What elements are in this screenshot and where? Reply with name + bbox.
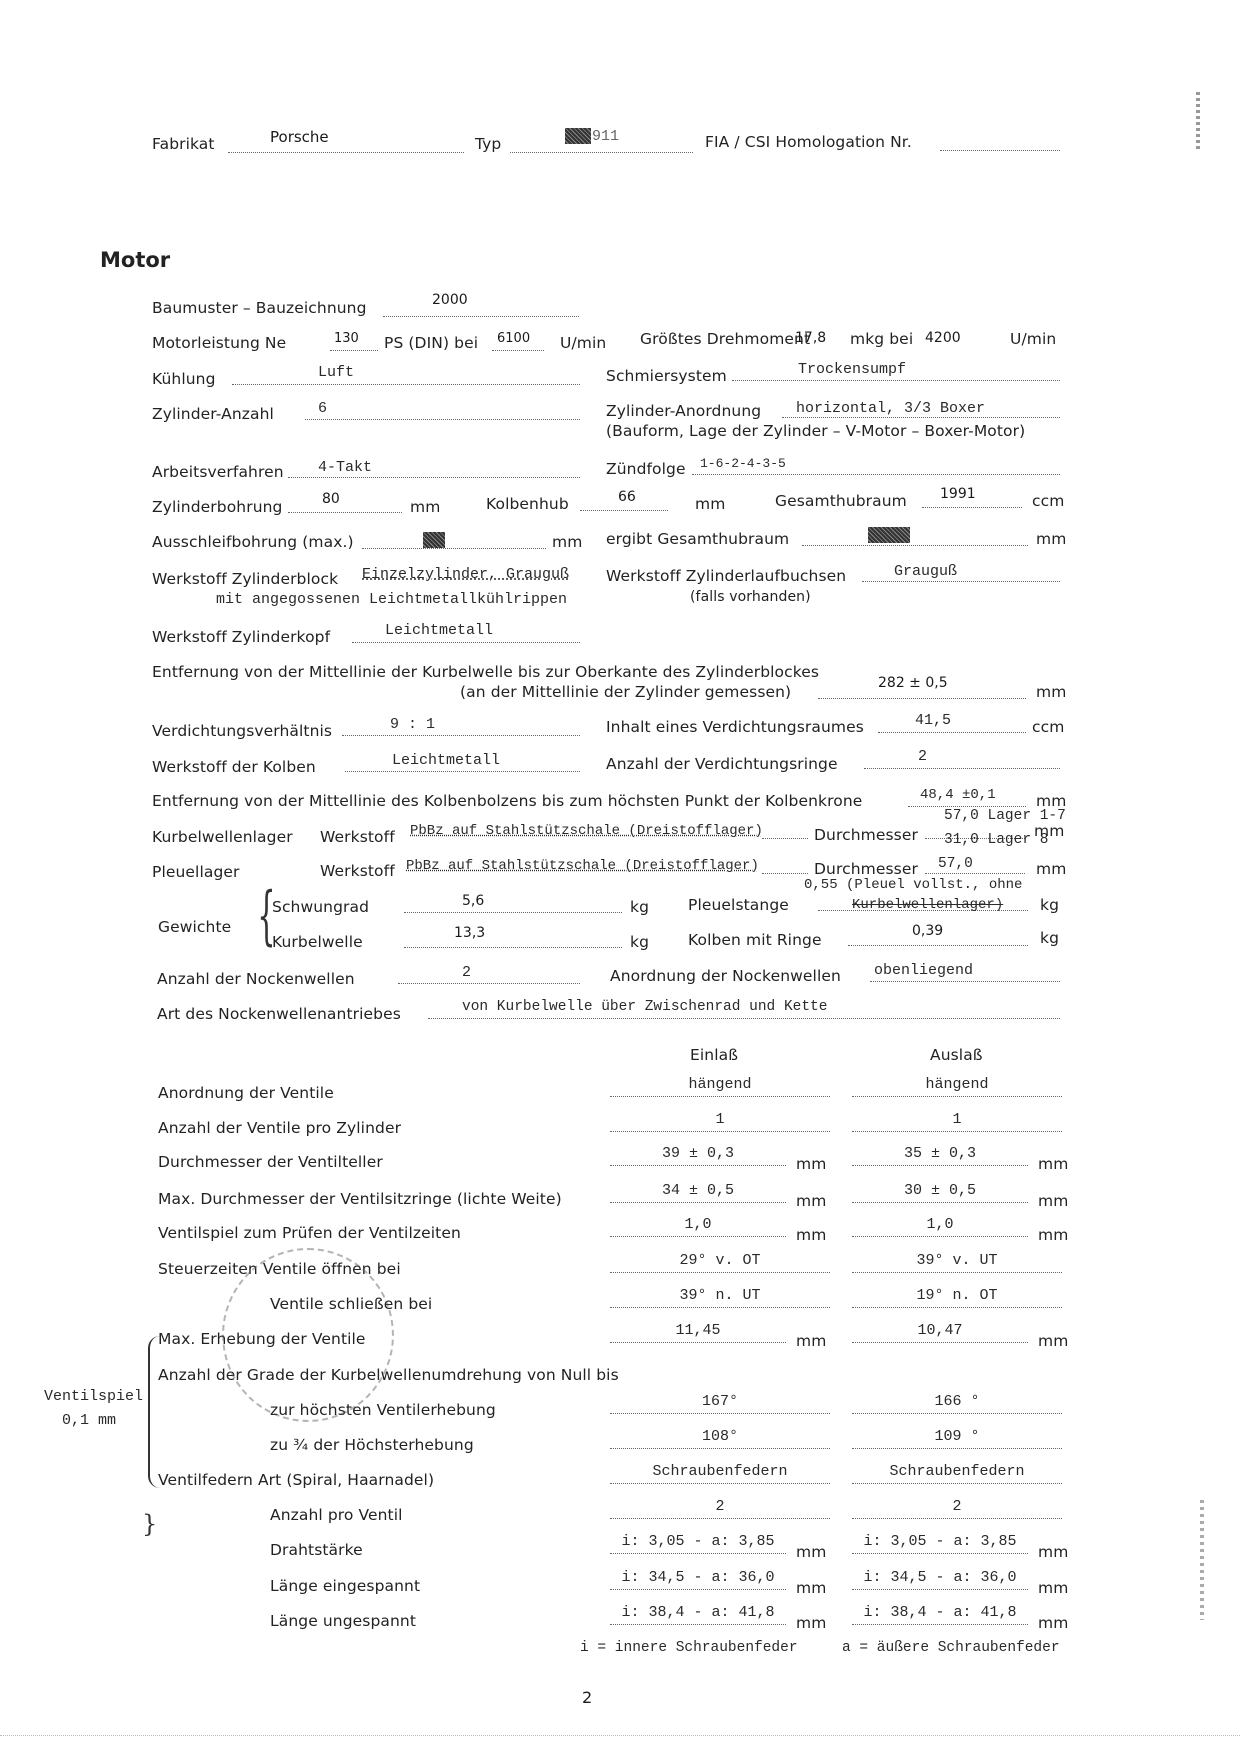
baumuster-value: 2000 bbox=[432, 292, 468, 308]
auslass-value: i: 34,5 - a: 36,0 bbox=[852, 1569, 1028, 1586]
scan-artifact bbox=[1196, 92, 1200, 152]
kuehlung-label: Kühlung bbox=[152, 370, 216, 388]
auslass-value: i: 38,4 - a: 41,8 bbox=[852, 1604, 1028, 1621]
gewichte-label: Gewichte bbox=[158, 918, 231, 936]
einlass-value: i: 3,05 - a: 3,85 bbox=[610, 1533, 786, 1550]
nockenwellen-anzahl-value: 2 bbox=[462, 964, 471, 981]
valve-row-label: Ventilfedern Art (Spiral, Haarnadel) bbox=[158, 1471, 434, 1489]
auslass-line bbox=[852, 1202, 1028, 1203]
auslass-value: 30 ± 0,5 bbox=[852, 1182, 1028, 1199]
homologation-line bbox=[940, 150, 1060, 151]
einlass-value: i: 38,4 - a: 41,8 bbox=[610, 1604, 786, 1621]
auslass-value: 109 ° bbox=[852, 1428, 1062, 1445]
auslass-line bbox=[852, 1483, 1062, 1484]
zylinder-anordnung-value: horizontal, 3/3 Boxer bbox=[796, 400, 985, 417]
werkstoff-laufbuchsen-value: Grauguß bbox=[894, 563, 957, 580]
mm-unit: mm bbox=[1036, 683, 1066, 701]
zylinderbohrung-label: Zylinderbohrung bbox=[152, 498, 282, 516]
scan-artifact bbox=[1200, 1500, 1204, 1620]
valve-row-label: Anzahl der Grade der Kurbelwellenumdrehu… bbox=[158, 1366, 619, 1384]
redaction-mark bbox=[423, 532, 445, 548]
ergibt-gesamthubraum-label: ergibt Gesamthubraum bbox=[606, 530, 789, 548]
footnote-inner-spring: i = innere Schraubenfeder bbox=[580, 1640, 798, 1656]
motorleistung-label: Motorleistung Ne bbox=[152, 334, 286, 352]
einlass-line bbox=[610, 1413, 830, 1414]
mm-unit: mm bbox=[1038, 1226, 1068, 1244]
typ-value: 911 bbox=[592, 128, 619, 145]
fabrikat-line bbox=[228, 152, 464, 153]
einlass-value: 11,45 bbox=[610, 1322, 786, 1339]
einlass-value: 2 bbox=[610, 1498, 830, 1515]
zylinder-anordnung-note: (Bauform, Lage der Zylinder – V-Motor – … bbox=[606, 422, 1025, 440]
werkstoff-kolben-label: Werkstoff der Kolben bbox=[152, 758, 316, 776]
einlass-line bbox=[610, 1518, 830, 1519]
valve-row-label: Anzahl der Ventile pro Zylinder bbox=[158, 1119, 401, 1137]
nockenwellen-antrieb-label: Art des Nockenwellenantriebes bbox=[157, 1005, 401, 1023]
werkstoff-zylinderblock-value2: mit angegossenen Leichtmetallkühlrippen bbox=[216, 591, 567, 608]
ergibt-gesamthubraum-line bbox=[802, 545, 1028, 546]
werkstoff-label: Werkstoff bbox=[320, 828, 395, 846]
einlass-value: 29° v. OT bbox=[610, 1252, 830, 1269]
einlass-line bbox=[610, 1096, 830, 1097]
mm-unit: mm bbox=[1038, 1543, 1068, 1561]
auslass-line bbox=[852, 1413, 1062, 1414]
verdichtungsringe-label: Anzahl der Verdichtungsringe bbox=[606, 755, 838, 773]
einlass-line bbox=[610, 1165, 786, 1166]
werkstoff-laufbuchsen-label: Werkstoff Zylinderlaufbuchsen bbox=[606, 567, 846, 585]
entfernung-kolbenbolzen-line bbox=[908, 806, 1026, 807]
entfernung-kurbelwelle-label2: (an der Mittellinie der Zylinder gemesse… bbox=[460, 683, 791, 701]
einlass-value: 39° n. UT bbox=[610, 1287, 830, 1304]
drehmoment-value: 17,8 bbox=[795, 330, 826, 346]
valve-row-label: Länge ungespannt bbox=[270, 1612, 416, 1630]
kolbenhub-label: Kolbenhub bbox=[486, 495, 569, 513]
einlass-line bbox=[610, 1624, 786, 1625]
werkstoff-kolben-value: Leichtmetall bbox=[392, 752, 500, 769]
pleuellager-durchmesser-line bbox=[925, 873, 1025, 874]
einlass-value: 167° bbox=[610, 1393, 830, 1410]
auslass-line bbox=[852, 1165, 1028, 1166]
ventilspiel-side-label: Ventilspiel bbox=[44, 1388, 143, 1405]
mm-unit: mm bbox=[796, 1579, 826, 1597]
verdichtungsverhaeltnis-line bbox=[342, 735, 580, 736]
auslass-value: 35 ± 0,3 bbox=[852, 1145, 1028, 1162]
pleuellager-durchmesser: 57,0 bbox=[938, 856, 973, 872]
schmiersystem-value: Trockensumpf bbox=[798, 361, 906, 378]
valve-row-label: Durchmesser der Ventilteller bbox=[158, 1153, 383, 1171]
werkstoff-zylinderkopf-label: Werkstoff Zylinderkopf bbox=[152, 628, 330, 646]
zylinderbohrung-value: 80 bbox=[322, 491, 340, 507]
verdichtungsringe-value: 2 bbox=[918, 748, 927, 765]
zylinder-anordnung-line bbox=[782, 417, 1060, 418]
auslass-line bbox=[852, 1342, 1028, 1343]
mm-unit: mm bbox=[1038, 1192, 1068, 1210]
valve-row-label: Anordnung der Ventile bbox=[158, 1084, 334, 1102]
motorleistung-rpm: 6100 bbox=[497, 331, 530, 346]
nockenwellen-antrieb-value: von Kurbelwelle über Zwischenrad und Ket… bbox=[462, 999, 827, 1015]
ventilspiel-side-value: 0,1 mm bbox=[62, 1412, 116, 1429]
kuehlung-value: Luft bbox=[318, 364, 354, 381]
nockenwellen-anordnung-line bbox=[870, 981, 1060, 982]
kurbelwelle-label: Kurbelwelle bbox=[272, 933, 363, 951]
kolbenhub-value: 66 bbox=[618, 489, 636, 505]
kurbelwellenlager-label: Kurbelwellenlager bbox=[152, 828, 293, 846]
einlass-value: 39 ± 0,3 bbox=[610, 1145, 786, 1162]
einlass-line bbox=[610, 1272, 830, 1273]
arbeitsverfahren-line bbox=[288, 477, 580, 478]
einlass-value: 34 ± 0,5 bbox=[610, 1182, 786, 1199]
mm-unit: mm bbox=[1038, 1155, 1068, 1173]
auslass-line bbox=[852, 1518, 1062, 1519]
arbeitsverfahren-value: 4-Takt bbox=[318, 459, 372, 476]
brace-icon: } bbox=[142, 1510, 157, 1538]
mm-unit: mm bbox=[1038, 1579, 1068, 1597]
mm-unit: mm bbox=[1038, 1332, 1068, 1350]
einlass-line bbox=[610, 1202, 786, 1203]
auslass-value: 166 ° bbox=[852, 1393, 1062, 1410]
pleuelstange-value-2: Kurbelwellenlager) bbox=[852, 897, 1003, 913]
section-title: Motor bbox=[100, 248, 170, 272]
valve-row-label: Anzahl pro Ventil bbox=[270, 1506, 403, 1524]
verdichtungsverhaeltnis-value: 9 : 1 bbox=[390, 716, 435, 733]
valve-row-label: zu ¾ der Höchsterhebung bbox=[270, 1436, 474, 1454]
einlass-value: 108° bbox=[610, 1428, 830, 1445]
auslass-line bbox=[852, 1624, 1028, 1625]
baumuster-label: Baumuster – Bauzeichnung bbox=[152, 299, 367, 317]
durchmesser-label: Durchmesser bbox=[814, 826, 918, 844]
pleuellager-label: Pleuellager bbox=[152, 863, 240, 881]
mm-unit: mm bbox=[796, 1155, 826, 1173]
umin-label: U/min bbox=[560, 334, 606, 352]
mm-unit: mm bbox=[1038, 1614, 1068, 1632]
auslass-line bbox=[852, 1553, 1028, 1554]
homologation-label: FIA / CSI Homologation Nr. bbox=[705, 133, 912, 151]
zuendfolge-label: Zündfolge bbox=[606, 460, 686, 478]
gesamthubraum-value: 1991 bbox=[940, 486, 976, 502]
werkstoff-kolben-line bbox=[345, 771, 580, 772]
drehmoment-label: Größtes Drehmoment bbox=[640, 330, 810, 348]
einlass-value: 1 bbox=[610, 1111, 830, 1128]
nockenwellen-anzahl-line bbox=[398, 983, 580, 984]
ps-din-label: PS (DIN) bei bbox=[384, 334, 478, 352]
werkstoff-label: Werkstoff bbox=[320, 862, 395, 880]
einlass-line bbox=[610, 1131, 830, 1132]
einlass-line bbox=[610, 1236, 786, 1237]
zylinderbohrung-line bbox=[288, 512, 402, 513]
pleuellager-line bbox=[762, 873, 808, 874]
verdichtungsraum-line bbox=[878, 732, 1026, 733]
fabrikat-label: Fabrikat bbox=[152, 135, 215, 153]
kolben-ringe-value: 0,39 bbox=[912, 923, 943, 939]
werkstoff-zylinderblock-label: Werkstoff Zylinderblock bbox=[152, 570, 338, 588]
mm-unit: mm bbox=[1036, 530, 1066, 548]
gesamthubraum-line bbox=[922, 507, 1022, 508]
rpm-line bbox=[492, 350, 544, 351]
zylinder-anzahl-label: Zylinder-Anzahl bbox=[152, 405, 274, 423]
einlass-value: 1,0 bbox=[610, 1216, 786, 1233]
mm-unit: mm bbox=[1034, 822, 1064, 840]
zuendfolge-line bbox=[692, 474, 1060, 475]
einlass-line bbox=[610, 1342, 786, 1343]
einlass-line bbox=[610, 1483, 830, 1484]
ausschleifbohrung-line bbox=[362, 548, 546, 549]
nockenwellen-anordnung-value: obenliegend bbox=[874, 962, 973, 979]
auslass-value: hängend bbox=[852, 1076, 1062, 1093]
arbeitsverfahren-label: Arbeitsverfahren bbox=[152, 463, 284, 481]
einlass-line bbox=[610, 1307, 830, 1308]
kurbelwellenlager-line bbox=[762, 838, 808, 839]
umin-label-2: U/min bbox=[1010, 330, 1056, 348]
einlass-line bbox=[610, 1448, 830, 1449]
mm-unit: mm bbox=[796, 1614, 826, 1632]
mm-unit: mm bbox=[796, 1226, 826, 1244]
kurbelwelle-line bbox=[404, 947, 622, 948]
auslass-line bbox=[852, 1448, 1062, 1449]
auslass-value: 10,47 bbox=[852, 1322, 1028, 1339]
auslass-line bbox=[852, 1131, 1062, 1132]
typ-label: Typ bbox=[475, 135, 501, 153]
mm-unit: mm bbox=[796, 1543, 826, 1561]
zylinder-anzahl-line bbox=[305, 419, 580, 420]
typ-line bbox=[510, 152, 693, 153]
mm-unit: mm bbox=[695, 495, 725, 513]
kg-unit: kg bbox=[1040, 896, 1059, 914]
auslass-value: Schraubenfedern bbox=[852, 1463, 1062, 1480]
auslass-value: 1,0 bbox=[852, 1216, 1028, 1233]
kolbenhub-line bbox=[580, 510, 668, 511]
auslass-value: 19° n. OT bbox=[852, 1287, 1062, 1304]
durchmesser-label: Durchmesser bbox=[814, 860, 918, 878]
mm-unit: mm bbox=[552, 533, 582, 551]
kg-unit: kg bbox=[1040, 929, 1059, 947]
valve-row-label: Länge eingespannt bbox=[270, 1577, 420, 1595]
footnote-outer-spring: a = äußere Schraubenfeder bbox=[842, 1640, 1060, 1656]
drehmoment-rpm: 4200 bbox=[925, 330, 961, 346]
einlass-value: i: 34,5 - a: 36,0 bbox=[610, 1569, 786, 1586]
auslass-line bbox=[852, 1236, 1028, 1237]
einlass-line bbox=[610, 1589, 786, 1590]
verdichtungsverhaeltnis-label: Verdichtungsverhältnis bbox=[152, 722, 332, 740]
werkstoff-zylinderkopf-line bbox=[352, 642, 580, 643]
page-number: 2 bbox=[582, 1688, 592, 1707]
schmiersystem-line bbox=[732, 380, 1060, 381]
werkstoff-laufbuchsen-line bbox=[862, 581, 1060, 582]
col-auslass-header: Auslaß bbox=[930, 1046, 983, 1064]
einlass-value: Schraubenfedern bbox=[610, 1463, 830, 1480]
nockenwellen-anzahl-label: Anzahl der Nockenwellen bbox=[157, 970, 355, 988]
auslass-line bbox=[852, 1096, 1062, 1097]
zuendfolge-value: 1-6-2-4-3-5 bbox=[700, 456, 786, 471]
nockenwellen-anordnung-label: Anordnung der Nockenwellen bbox=[610, 967, 841, 985]
verdichtungsringe-line bbox=[864, 768, 1060, 769]
brace-icon bbox=[148, 1336, 162, 1488]
baumuster-line bbox=[383, 316, 579, 317]
entfernung-kolbenbolzen-label: Entfernung von der Mittellinie des Kolbe… bbox=[152, 792, 862, 810]
pleuelstange-value-1: 0,55 (Pleuel vollst., ohne bbox=[804, 877, 1022, 893]
auslass-line bbox=[852, 1589, 1028, 1590]
schwungrad-label: Schwungrad bbox=[272, 898, 369, 916]
kg-unit: kg bbox=[630, 933, 649, 951]
auslass-value: i: 3,05 - a: 3,85 bbox=[852, 1533, 1028, 1550]
verdichtungsraum-value: 41,5 bbox=[915, 712, 951, 729]
auslass-value: 39° v. UT bbox=[852, 1252, 1062, 1269]
mm-unit: mm bbox=[796, 1332, 826, 1350]
werkstoff-zylinderblock-value: Einzelzylinder, Grauguß bbox=[362, 566, 569, 583]
kolben-ringe-label: Kolben mit Ringe bbox=[688, 931, 822, 949]
kurbelwellenlager-werkstoff: PbBz auf Stahlstützschale (Dreistofflage… bbox=[410, 823, 763, 839]
motorleistung-line bbox=[330, 350, 378, 351]
entfernung-kolbenbolzen-value: 48,4 ±0,1 bbox=[920, 787, 996, 803]
zylinder-anordnung-label: Zylinder-Anordnung bbox=[606, 402, 761, 420]
ausschleifbohrung-label: Ausschleifbohrung (max.) bbox=[152, 533, 354, 551]
auslass-line bbox=[852, 1272, 1062, 1273]
schmiersystem-label: Schmiersystem bbox=[606, 367, 727, 385]
kurbelwellenlager-durchmesser-2: 31,0 Lager 8 bbox=[944, 832, 1048, 848]
mm-unit: mm bbox=[1036, 860, 1066, 878]
werkstoff-zylinderkopf-value: Leichtmetall bbox=[385, 622, 493, 639]
valve-row-label: Max. Durchmesser der Ventilsitzringe (li… bbox=[158, 1190, 562, 1208]
nockenwellen-antrieb-line bbox=[428, 1018, 1060, 1019]
entfernung-kurbelwelle-label: Entfernung von der Mittellinie der Kurbe… bbox=[152, 663, 819, 681]
kg-unit: kg bbox=[630, 898, 649, 916]
entfernung-kurbelwelle-value: 282 ± 0,5 bbox=[878, 675, 948, 691]
mm-unit: mm bbox=[410, 498, 440, 516]
kolben-ringe-line bbox=[848, 945, 1028, 946]
entfernung-kurbelwelle-line bbox=[818, 698, 1026, 699]
schwungrad-value: 5,6 bbox=[462, 893, 484, 909]
ccm-unit: ccm bbox=[1032, 718, 1064, 736]
redaction-mark bbox=[565, 128, 591, 144]
official-stamp bbox=[222, 1248, 394, 1422]
schwungrad-line bbox=[404, 912, 622, 913]
pleuellager-werkstoff: PbBz auf Stahlstützschale (Dreistofflage… bbox=[406, 858, 759, 874]
valve-row-label: Drahtstärke bbox=[270, 1541, 363, 1559]
ccm-unit: ccm bbox=[1032, 492, 1064, 510]
auslass-line bbox=[852, 1307, 1062, 1308]
pleuelstange-label: Pleuelstange bbox=[688, 896, 789, 914]
einlass-line bbox=[610, 1553, 786, 1554]
kuehlung-line bbox=[232, 384, 580, 385]
auslass-value: 2 bbox=[852, 1498, 1062, 1515]
zylinder-anzahl-value: 6 bbox=[318, 400, 327, 417]
mkg-label: mkg bei bbox=[850, 330, 913, 348]
falls-vorhanden-note: (falls vorhanden) bbox=[690, 589, 811, 605]
valve-row-label: Ventilspiel zum Prüfen der Ventilzeiten bbox=[158, 1224, 461, 1242]
redaction-mark bbox=[868, 527, 910, 543]
kurbelwelle-value: 13,3 bbox=[454, 925, 485, 941]
scan-edge bbox=[0, 1735, 1240, 1736]
einlass-value: hängend bbox=[610, 1076, 830, 1093]
col-einlass-header: Einlaß bbox=[690, 1046, 738, 1064]
fabrikat-value: Porsche bbox=[270, 128, 329, 146]
auslass-value: 1 bbox=[852, 1111, 1062, 1128]
motorleistung-value: 130 bbox=[334, 331, 359, 346]
gesamthubraum-label: Gesamthubraum bbox=[775, 492, 907, 510]
mm-unit: mm bbox=[796, 1192, 826, 1210]
verdichtungsraum-label: Inhalt eines Verdichtungsraumes bbox=[606, 718, 864, 736]
